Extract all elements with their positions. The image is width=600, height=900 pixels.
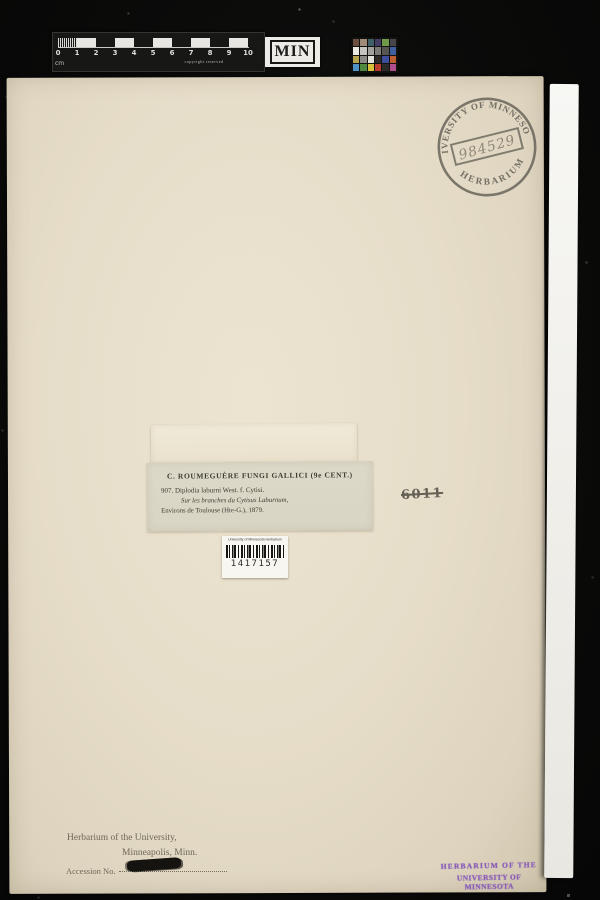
ruler-tick-label: 10	[243, 49, 253, 57]
color-patch	[368, 39, 374, 46]
accession-scribbled-out-number	[126, 857, 181, 872]
herbarium-code-plate: MIN	[265, 37, 320, 67]
stamp-handwritten-number: 984529	[457, 132, 518, 163]
crossed-out-number: 6011	[401, 486, 444, 503]
barcode-number: 1417157	[222, 559, 288, 569]
accession-dotted-leader	[119, 863, 227, 872]
ruler-tick-label: 1	[75, 49, 80, 57]
ruler-tick-label: 2	[94, 49, 99, 57]
ruler-tick-label: 7	[189, 49, 194, 57]
dust-speckles	[0, 0, 1, 1]
color-patch	[375, 47, 381, 54]
color-calibration-target	[351, 37, 398, 73]
color-patch	[382, 56, 388, 63]
ruler-unit-label: cm	[55, 60, 64, 67]
color-patch	[368, 64, 374, 71]
color-patch	[353, 39, 359, 46]
ruler-copyright-text: copyright reserved	[184, 60, 223, 65]
color-patch	[368, 56, 374, 63]
ruler-tick-label: 5	[151, 49, 156, 57]
ruler-tick-label: 0	[56, 49, 61, 57]
ruler-tick-label: 6	[170, 49, 175, 57]
color-patch	[375, 39, 381, 46]
accession-label: Accession No.	[66, 866, 116, 876]
violet-stamp-line1: HERBARIUM OF THE	[432, 860, 546, 871]
exsiccati-locality-line: Environs de Toulouse (Hte-G.), 1879.	[161, 506, 373, 514]
color-patch	[390, 64, 396, 71]
ruler-mm-hatch	[58, 38, 77, 47]
backing-sheet-edge	[544, 84, 579, 878]
color-patch	[360, 47, 366, 54]
blank-label-strip	[151, 423, 357, 464]
color-patch	[375, 56, 381, 63]
color-patch	[360, 56, 366, 63]
color-patch	[382, 39, 388, 46]
color-patch	[390, 56, 396, 63]
scale-ruler: 0 1 2 3 4 5 6 7 8 9 10 cm copyright rese…	[52, 32, 265, 72]
color-patch	[382, 47, 388, 54]
color-patch	[353, 47, 359, 54]
violet-ownership-stamp: HERBARIUM OF THE UNIVERSITY OF MINNESOTA	[432, 860, 547, 892]
ruler-tick-label: 4	[132, 49, 137, 57]
ruler-scale-strip	[58, 38, 249, 48]
color-patch	[353, 64, 359, 71]
footer-city-line: Minneapolis, Minn.	[122, 848, 197, 858]
exsiccati-species-line: 907. Diplodia laburni West. f. Cytisi.	[161, 485, 373, 494]
ruler-cm-blocks	[77, 38, 248, 47]
herbarium-sheet-photo: 0 1 2 3 4 5 6 7 8 9 10 cm copyright rese…	[0, 0, 600, 900]
color-patch-grid	[353, 39, 396, 71]
ruler-tick-label: 9	[227, 49, 232, 57]
exsiccati-label: C. ROUMEGUÈRE FUNGI GALLICI (9e CENT.) 9…	[147, 461, 373, 532]
color-patch	[375, 64, 381, 71]
color-patch	[368, 47, 374, 54]
color-patch	[353, 56, 359, 63]
barcode-label: University of Minnesota Herbarium 141715…	[222, 536, 288, 578]
ruler-tick-label: 8	[208, 49, 213, 57]
barcode-header-text: University of Minnesota Herbarium	[222, 538, 288, 542]
exsiccati-header: C. ROUMEGUÈRE FUNGI GALLICI (9e CENT.)	[147, 461, 373, 481]
herbarium-code-label: MIN	[270, 40, 316, 64]
color-patch	[360, 39, 366, 46]
barcode-bars	[226, 545, 284, 558]
violet-stamp-line2: UNIVERSITY OF MINNESOTA	[432, 872, 546, 892]
exsiccati-substrate-line: Sur les branches du Cytisus Laburnum,	[181, 496, 373, 504]
accession-row: Accession No.	[66, 865, 227, 876]
ruler-tick-label: 3	[113, 49, 118, 57]
color-patch	[360, 64, 366, 71]
footer-herbarium-line: Herbarium of the University,	[67, 833, 177, 843]
color-patch	[390, 39, 396, 46]
color-patch	[390, 47, 396, 54]
color-patch	[382, 64, 388, 71]
